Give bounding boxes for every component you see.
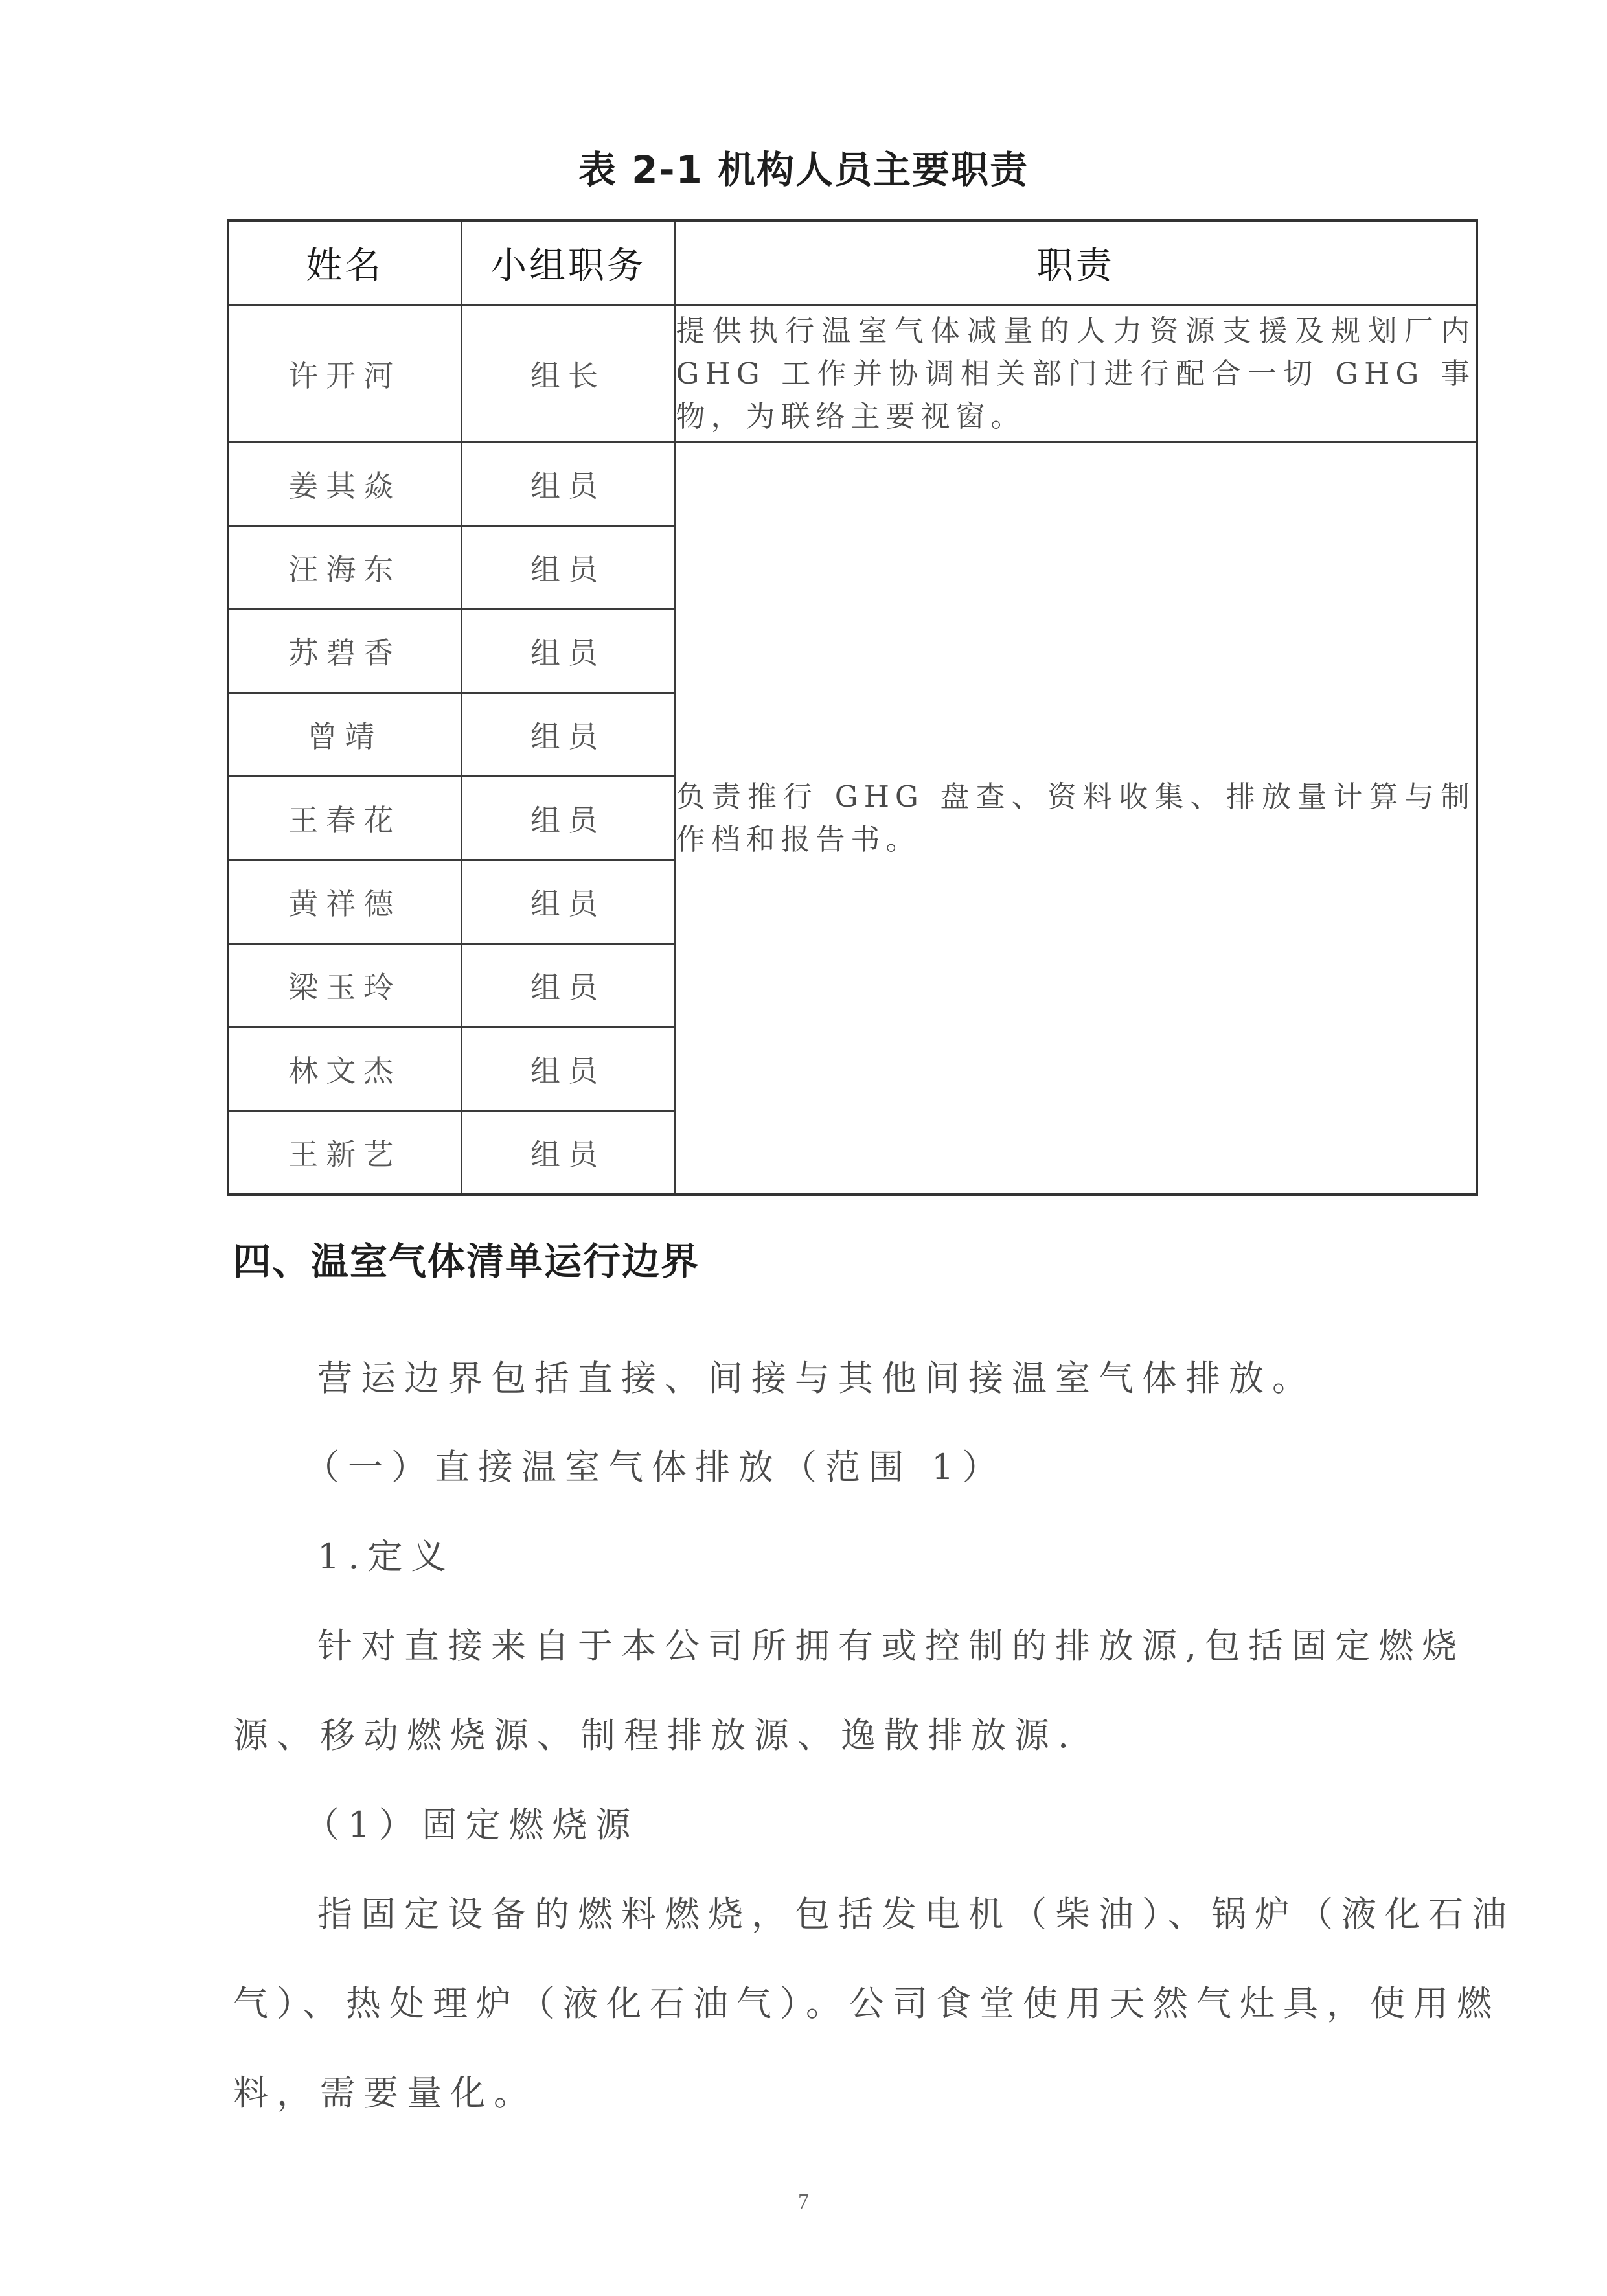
- paragraph-stationary-line1: 指固定设备的燃料燃烧，包括发电机（柴油）、锅炉（液化石油: [233, 1887, 1548, 1936]
- header-role: 小组职务: [461, 220, 675, 306]
- cell-role: 组长: [461, 306, 675, 442]
- cell-name: 许开河: [228, 306, 461, 442]
- cell-role: 组员: [461, 526, 675, 610]
- cell-role: 组员: [461, 693, 675, 777]
- paragraph-definition-line1: 针对直接来自于本公司所拥有或控制的排放源,包括固定燃烧: [233, 1618, 1548, 1668]
- cell-name: 苏碧香: [228, 610, 461, 693]
- cell-name: 姜其焱: [228, 442, 461, 526]
- cell-name: 林文杰: [228, 1027, 461, 1111]
- paragraph-stationary-line2: 气）、热处理炉（液化石油气）。公司食堂使用天然气灶具，使用燃: [233, 1976, 1464, 2026]
- header-duty: 职责: [675, 220, 1477, 306]
- cell-role: 组员: [461, 777, 675, 860]
- cell-duty-leader: 提供执行温室气体减量的人力资源支援及规划厂内 GHG 工作并协调相关部门进行配合…: [675, 306, 1477, 442]
- header-name: 姓名: [228, 220, 461, 306]
- table-header-row: 姓名 小组职务 职责: [228, 220, 1477, 306]
- document-page: 表 2-1 机构人员主要职责 姓名 小组职务 职责 许开河 组长 提供执行温室气…: [0, 0, 1607, 2296]
- paragraph-definition-line2: 源、移动燃烧源、制程排放源、逸散排放源.: [233, 1708, 1464, 1758]
- paragraph-intro: 营运边界包括直接、间接与其他间接温室气体排放。: [233, 1351, 1548, 1401]
- cell-role: 组员: [461, 944, 675, 1027]
- cell-name: 梁玉玲: [228, 944, 461, 1027]
- table-row: 姜其焱 组员 负责推行 GHG 盘查、资料收集、排放量计算与制作档和报告书。: [228, 442, 1477, 526]
- cell-role: 组员: [461, 1111, 675, 1195]
- page-number: 7: [0, 2190, 1607, 2214]
- subheading-definition: 1.定义: [233, 1529, 1548, 1579]
- subheading-stationary-combustion: （1）固定燃烧源: [233, 1797, 1535, 1847]
- cell-role: 组员: [461, 1027, 675, 1111]
- cell-name: 曾靖: [228, 693, 461, 777]
- cell-name: 汪海东: [228, 526, 461, 610]
- cell-role: 组员: [461, 860, 675, 944]
- section-heading: 四、温室气体清单运行边界: [233, 1231, 700, 1285]
- cell-role: 组员: [461, 442, 675, 526]
- table-caption: 表 2-1 机构人员主要职责: [0, 139, 1607, 194]
- cell-name: 黄祥德: [228, 860, 461, 944]
- cell-role: 组员: [461, 610, 675, 693]
- cell-name: 王春花: [228, 777, 461, 860]
- paragraph-stationary-line3: 料，需要量化。: [233, 2065, 1464, 2115]
- cell-name: 王新艺: [228, 1111, 461, 1195]
- duties-table: 姓名 小组职务 职责 许开河 组长 提供执行温室气体减量的人力资源支援及规划厂内…: [227, 219, 1478, 1196]
- table-row: 许开河 组长 提供执行温室气体减量的人力资源支援及规划厂内 GHG 工作并协调相…: [228, 306, 1477, 442]
- subheading-scope1: （一）直接温室气体排放（范围 1）: [233, 1440, 1535, 1489]
- cell-duty-members: 负责推行 GHG 盘查、资料收集、排放量计算与制作档和报告书。: [675, 442, 1477, 1195]
